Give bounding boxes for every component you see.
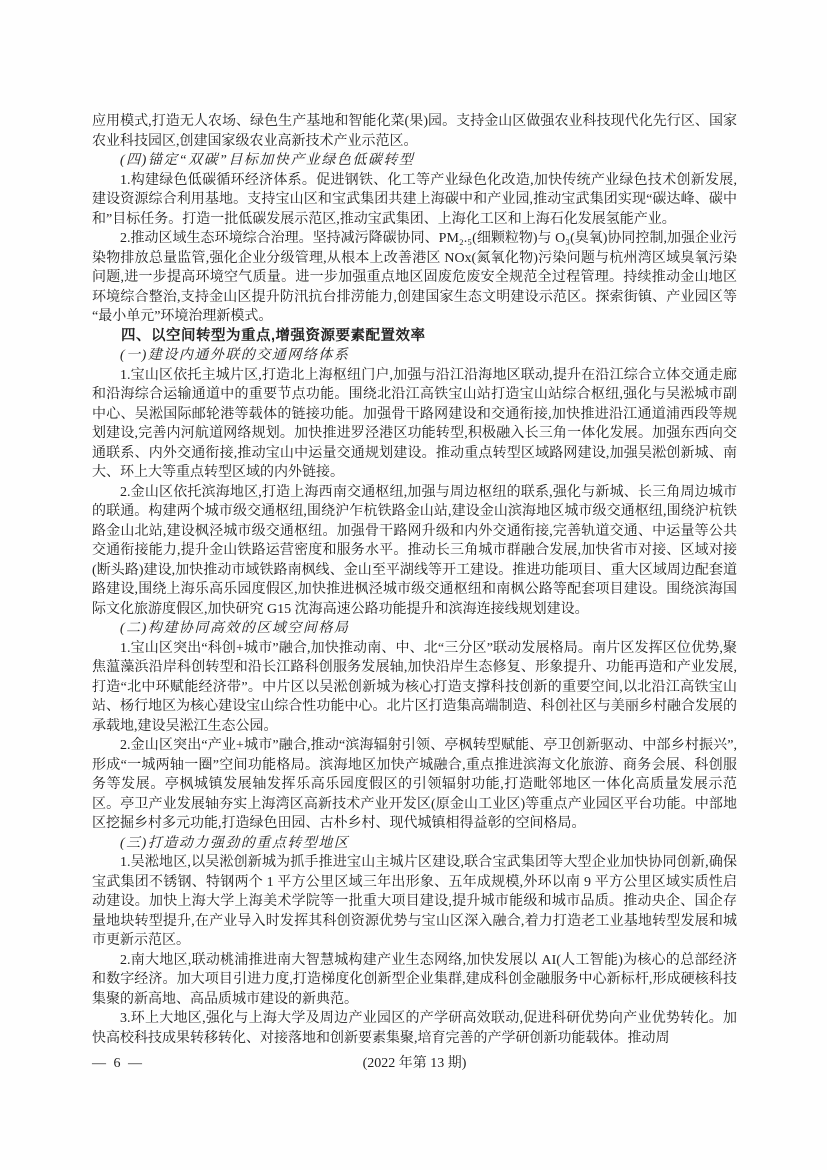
paragraph: 2.南大地区,联动桃浦推进南大智慧城构建产业生态网络,加快发展以 AI(人工智能… <box>92 951 737 1010</box>
document-body: 应用模式,打造无人农场、绿色生产基地和智能化菜(果)园。支持金山区做强农业科技现… <box>92 112 737 1050</box>
paragraph: 2.金山区突出“产业+城市”融合,推动“滨海辐射引领、亭枫转型赋能、亭卫创新驱动… <box>92 736 737 834</box>
subsection-heading: (一)建设内通外联的交通网络体系 <box>92 346 737 366</box>
paragraph: 1.吴淞地区,以吴淞创新城为抓手推进宝山主城片区建设,联合宝武集团等大型企业加快… <box>92 853 737 951</box>
page-number: — 6 — <box>92 1053 144 1075</box>
subsection-heading: (二)构建协同高效的区域空间格局 <box>92 619 737 639</box>
paragraph: 1.宝山区依托主城片区,打造北上海枢纽门户,加强与沿江沿海地区联动,提升在沿江综… <box>92 366 737 483</box>
paragraph: 2.金山区依托滨海地区,打造上海西南交通枢纽,加强与周边枢纽的联系,强化与新城、… <box>92 483 737 620</box>
paragraph: 3.环上大地区,强化与上海大学及周边产业园区的产学研高效联动,促进科研优势向产业… <box>92 1009 737 1048</box>
paragraph: 1.宝山区突出“科创+城市”融合,加快推动南、中、北“三分区”联动发展格局。南片… <box>92 639 737 737</box>
paragraph: 2.推动区域生态环境综合治理。坚持减污降碳协同、PM₂.₅(细颗粒物)与 O₃(… <box>92 229 737 327</box>
paragraph: 应用模式,打造无人农场、绿色生产基地和智能化菜(果)园。支持金山区做强农业科技现… <box>92 112 737 151</box>
subsection-heading: (三)打造动力强劲的重点转型地区 <box>92 834 737 854</box>
subsection-heading: (四)锚定“双碳”目标加快产业绿色低碳转型 <box>92 151 737 171</box>
document-page: 应用模式,打造无人农场、绿色生产基地和智能化菜(果)园。支持金山区做强农业科技现… <box>0 0 827 1170</box>
section-heading: 四、以空间转型为重点,增强资源要素配置效率 <box>92 327 737 347</box>
issue-label: (2022 年第 13 期) <box>92 1053 737 1075</box>
page-footer: — 6 — (2022 年第 13 期) <box>92 1053 737 1075</box>
paragraph: 1.构建绿色低碳循环经济体系。促进钢铁、化工等产业绿色化改造,加快传统产业绿色技… <box>92 171 737 230</box>
